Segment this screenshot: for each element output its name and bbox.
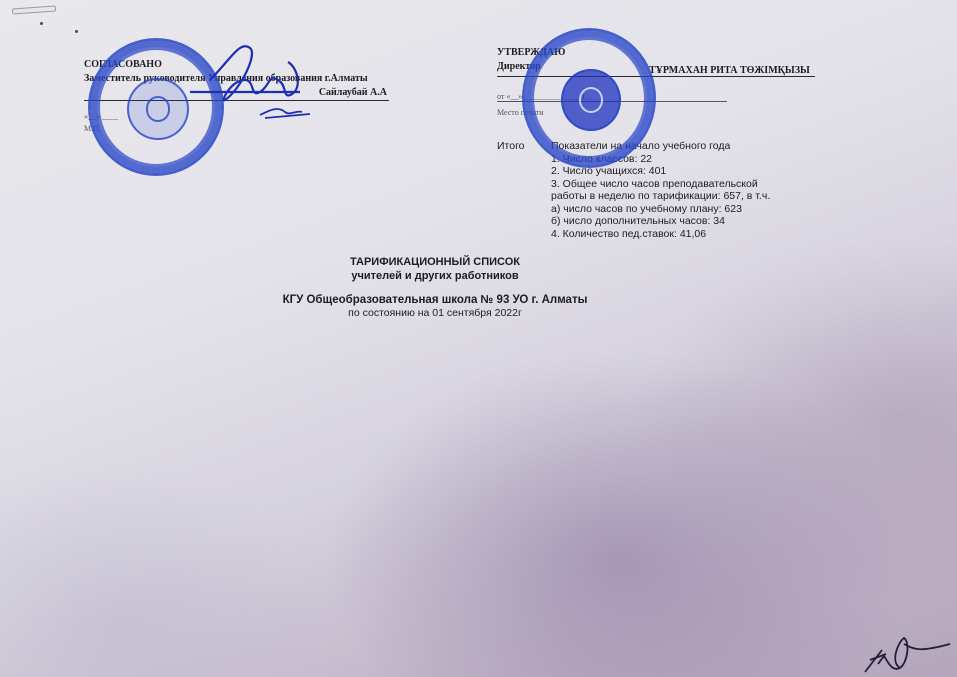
- as-of-date: по состоянию на 01 сентября 2022г: [250, 307, 620, 320]
- indicator-item: а) число часов по учебному плану: 623: [551, 203, 821, 216]
- signature-bottom-right: [860, 632, 955, 677]
- indicator-item: работы в неделю по тарификации: 657, в т…: [551, 190, 821, 203]
- indicator-item: 4. Количество пед.ставок: 41,06: [551, 228, 821, 241]
- indicator-item: б) число дополнительных часов: 34: [551, 215, 821, 228]
- official-stamp-right: [522, 28, 656, 168]
- organization-name: КГУ Общеобразовательная школа № 93 УО г.…: [250, 293, 620, 307]
- indicators-label: Итого: [497, 140, 525, 153]
- indicator-item: 3. Общее число часов преподавательской: [551, 178, 821, 191]
- title-line-1: ТАРИФИКАЦИОННЫЙ СПИСОК: [250, 255, 620, 269]
- document-title: ТАРИФИКАЦИОННЫЙ СПИСОК учителей и других…: [250, 255, 620, 320]
- emblem-center-icon: [146, 96, 171, 121]
- signature-left: [170, 40, 320, 130]
- staple: [12, 5, 56, 14]
- paper-spot: [40, 22, 43, 25]
- paper-spot: [75, 30, 78, 33]
- emblem-center-icon: [579, 87, 603, 112]
- title-line-2: учителей и других работников: [250, 269, 620, 283]
